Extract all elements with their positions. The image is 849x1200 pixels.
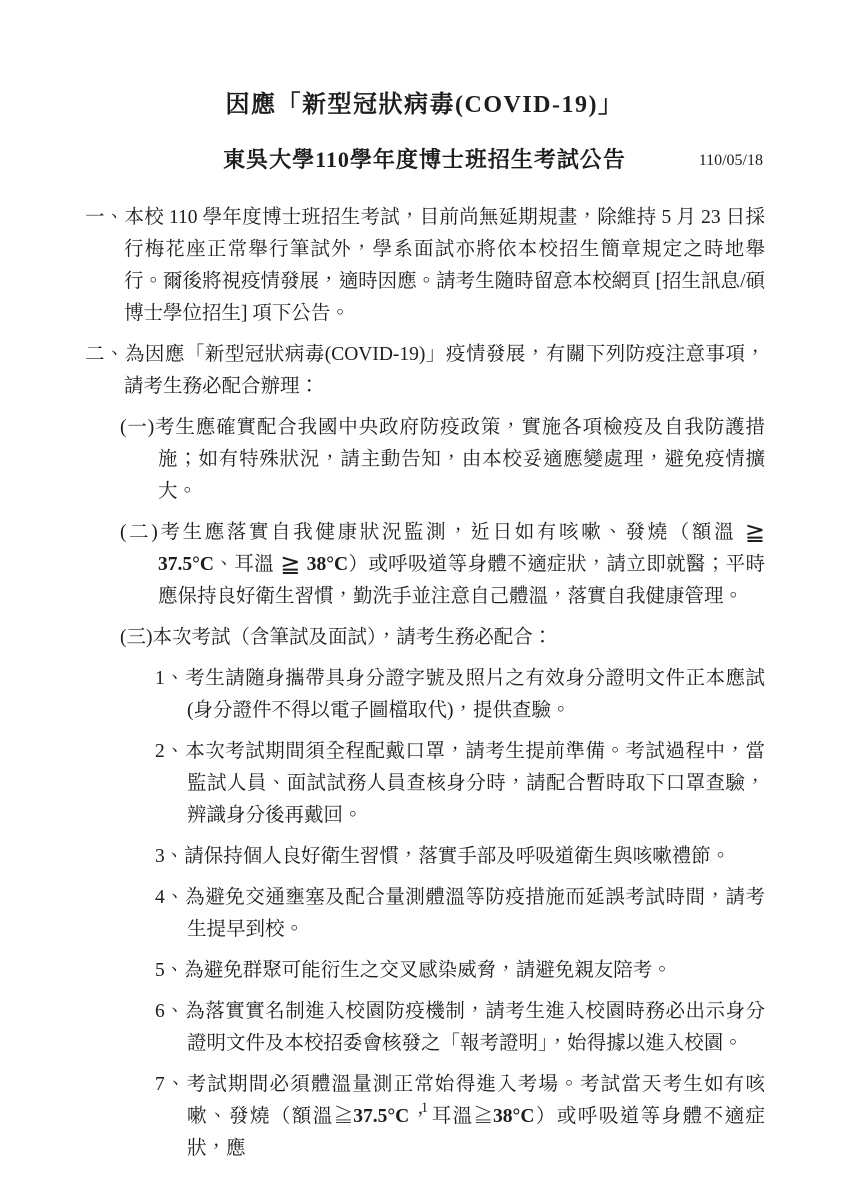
text-run: 、耳溫: [214, 554, 274, 575]
note-4-marker: 4、: [155, 887, 185, 908]
announcement-document: 因應「新型冠狀病毒(COVID-19)」 東吳大學110學年度博士班招生考試公告…: [0, 0, 849, 1200]
subsection-2-1-text: 考生應確實配合我國中央政府防疫政策，實施各項檢疫及自我防護措施；如有特殊狀況，請…: [154, 417, 765, 502]
note-5-marker: 5、: [155, 960, 184, 981]
note-4-text: 為避免交通壅塞及配合量測體溫等防疫措施而延誤考試時間，請考生提早到校。: [185, 887, 765, 940]
subsection-2-3-marker: (三): [120, 627, 153, 648]
note-6: 6、為落實實名制進入校園防疫機制，請考生進入校園時務必出示身分證明文件及本校招委…: [155, 996, 765, 1060]
document-body: 一、本校 110 學年度博士班招生考試，目前尚無延期規畫，除維持 5 月 23 …: [0, 202, 849, 1165]
greater-equal-symbol: ≧: [274, 552, 307, 578]
document-date: 110/05/18: [699, 146, 763, 176]
note-2-marker: 2、: [155, 741, 185, 762]
subsection-2-1-marker: (一): [120, 417, 154, 438]
temperature-threshold: 38°C: [307, 554, 348, 575]
document-title-row: 東吳大學110學年度博士班招生考試公告 110/05/18: [0, 145, 849, 178]
section-2-text: 為因應「新型冠狀病毒(COVID-19)」疫情發展，有關下列防疫注意事項，請考生…: [124, 344, 765, 397]
note-5-text: 為避免群聚可能衍生之交叉感染威脅，請避免親友陪考。: [184, 960, 672, 981]
note-7-marker: 7、: [155, 1074, 187, 1095]
section-1: 一、本校 110 學年度博士班招生考試，目前尚無延期規畫，除維持 5 月 23 …: [85, 202, 765, 330]
page-number: 1: [0, 1100, 849, 1117]
note-1-marker: 1、: [155, 668, 185, 689]
note-6-text: 為落實實名制進入校園防疫機制，請考生進入校園時務必出示身分證明文件及本校招委會核…: [185, 1001, 765, 1054]
note-6-marker: 6、: [155, 1001, 185, 1022]
note-3: 3、請保持個人良好衛生習慣，落實手部及呼吸道衛生與咳嗽禮節。: [155, 841, 765, 873]
subsection-2-1: (一)考生應確實配合我國中央政府防疫政策，實施各項檢疫及自我防護措施；如有特殊狀…: [120, 412, 765, 508]
document-title-line2: 東吳大學110學年度博士班招生考試公告: [223, 147, 626, 172]
text-run: 考生應落實自我健康狀況監測，近日如有咳嗽、發燒（額溫: [158, 522, 736, 543]
document-title-line1: 因應「新型冠狀病毒(COVID-19)」: [0, 90, 849, 120]
note-2-text: 本次考試期間須全程配戴口罩，請考生提前準備。考試過程中，當監試人員、面試試務人員…: [185, 741, 765, 826]
note-2: 2、本次考試期間須全程配戴口罩，請考生提前準備。考試過程中，當監試人員、面試試務…: [155, 736, 765, 832]
section-1-marker: 一、: [85, 207, 124, 228]
section-1-text: 本校 110 學年度博士班招生考試，目前尚無延期規畫，除維持 5 月 23 日採…: [124, 207, 765, 324]
note-3-text: 請保持個人良好衛生習慣，落實手部及呼吸道衛生與咳嗽禮節。: [184, 846, 730, 867]
subsection-2-3: (三)本次考試（含筆試及面試），請考生務必配合：: [120, 622, 765, 654]
note-4: 4、為避免交通壅塞及配合量測體溫等防疫措施而延誤考試時間，請考生提早到校。: [155, 882, 765, 946]
note-1-text: 考生請隨身攜帶具身分證字號及照片之有效身分證明文件正本應試(身分證件不得以電子圖…: [185, 668, 765, 721]
section-2: 二、為因應「新型冠狀病毒(COVID-19)」疫情發展，有關下列防疫注意事項，請…: [85, 339, 765, 403]
note-3-marker: 3、: [155, 846, 184, 867]
temperature-threshold: 37.5°C: [158, 554, 214, 575]
section-2-marker: 二、: [85, 344, 125, 365]
subsection-2-2-marker: (二): [120, 522, 158, 543]
note-5: 5、為避免群聚可能衍生之交叉感染威脅，請避免親友陪考。: [155, 955, 765, 987]
document-header: 因應「新型冠狀病毒(COVID-19)」 東吳大學110學年度博士班招生考試公告…: [0, 0, 849, 178]
note-7: 7、考試期間必須體溫量測正常始得進入考場。考試當天考生如有咳嗽、發燒（額溫≧37…: [155, 1069, 765, 1165]
greater-equal-symbol: ≧: [736, 520, 765, 546]
subsection-2-2: (二)考生應落實自我健康狀況監測，近日如有咳嗽、發燒（額溫 ≧ 37.5°C、耳…: [120, 517, 765, 613]
subsection-2-3-text: 本次考試（含筆試及面試），請考生務必配合：: [153, 627, 553, 648]
note-1: 1、考生請隨身攜帶具身分證字號及照片之有效身分證明文件正本應試(身分證件不得以電…: [155, 663, 765, 727]
